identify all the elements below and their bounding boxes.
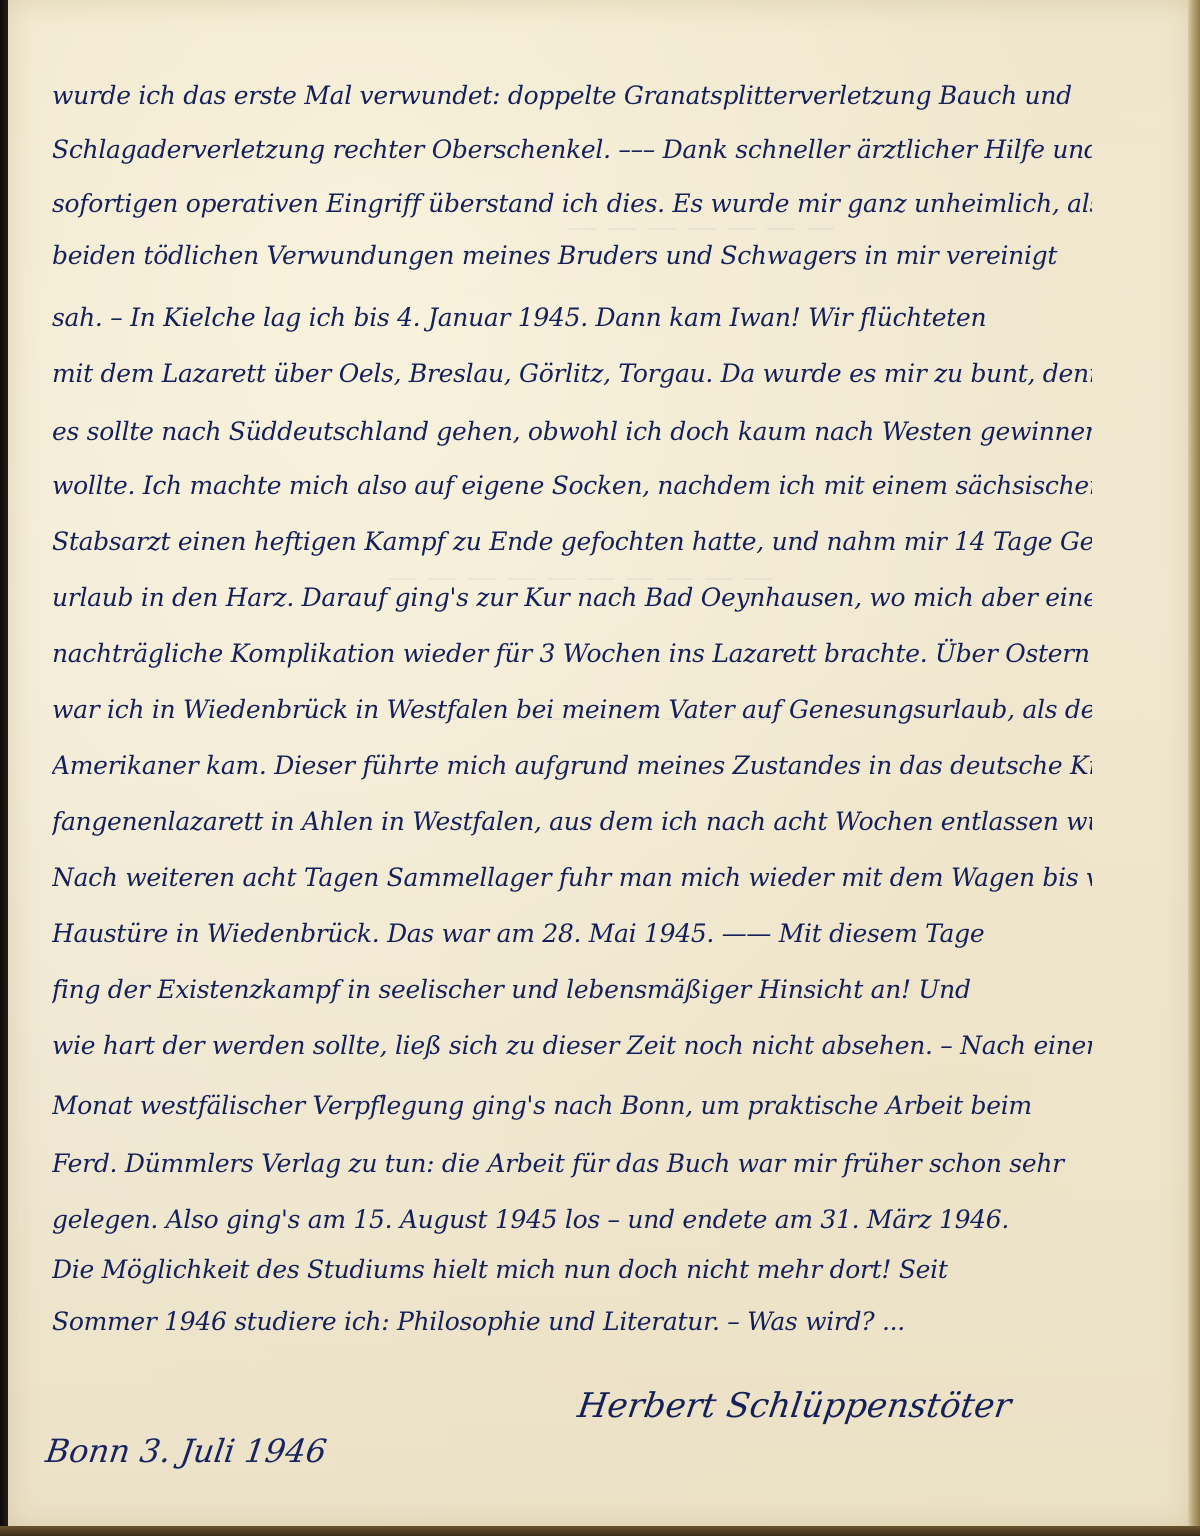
body-line: wurde ich das erste Mal verwundet: doppe… (52, 72, 1092, 120)
page-edge-right (1188, 0, 1200, 1536)
body-line: mit dem Lazarett über Oels, Breslau, Gör… (52, 350, 1092, 398)
body-line: Nach weiteren acht Tagen Sammellager fuh… (52, 854, 1092, 902)
body-line: fangenenlazarett in Ahlen in Westfalen, … (52, 798, 1092, 846)
body-line: Schlagaderverletzung rechter Oberschenke… (52, 126, 1092, 174)
body-line: Sommer 1946 studiere ich: Philosophie un… (52, 1298, 1092, 1346)
body-line: Monat westfälischer Verpflegung ging's n… (52, 1082, 1092, 1130)
body-line: gelegen. Also ging's am 15. August 1945 … (52, 1196, 1092, 1244)
body-line: urlaub in den Harz. Darauf ging's zur Ku… (52, 574, 1092, 622)
body-line: Haustüre in Wiedenbrück. Das war am 28. … (52, 910, 1092, 958)
body-line: sah. – In Kielche lag ich bis 4. Januar … (52, 294, 1092, 342)
body-line: es sollte nach Süddeutschland gehen, obw… (52, 408, 1092, 456)
body-line: beiden tödlichen Verwundungen meines Bru… (52, 232, 1092, 280)
body-line: wollte. Ich machte mich also auf eigene … (52, 462, 1092, 510)
body-line: Stabsarzt einen heftigen Kampf zu Ende g… (52, 518, 1092, 566)
page-edge-bottom (0, 1526, 1200, 1536)
body-line: sofortigen operativen Eingriff überstand… (52, 180, 1092, 228)
body-line: war ich in Wiedenbrück in Westfalen bei … (52, 686, 1092, 734)
signature: Herbert Schlüppenstöter (575, 1386, 1013, 1426)
body-line: nachträgliche Komplikation wieder für 3 … (52, 630, 1092, 678)
place-and-date: Bonn 3. Juli 1946 (43, 1432, 329, 1470)
body-line: Die Möglichkeit des Studiums hielt mich … (52, 1246, 1092, 1294)
letter-page: — — — — — — — — — — — — — — — — — — — — … (8, 0, 1192, 1528)
body-line: Amerikaner kam. Dieser führte mich aufgr… (52, 742, 1092, 790)
body-line: Ferd. Dümmlers Verlag zu tun: die Arbeit… (52, 1140, 1092, 1188)
body-line: fing der Existenzkampf in seelischer und… (52, 966, 1092, 1014)
body-line: wie hart der werden sollte, ließ sich zu… (52, 1022, 1092, 1070)
